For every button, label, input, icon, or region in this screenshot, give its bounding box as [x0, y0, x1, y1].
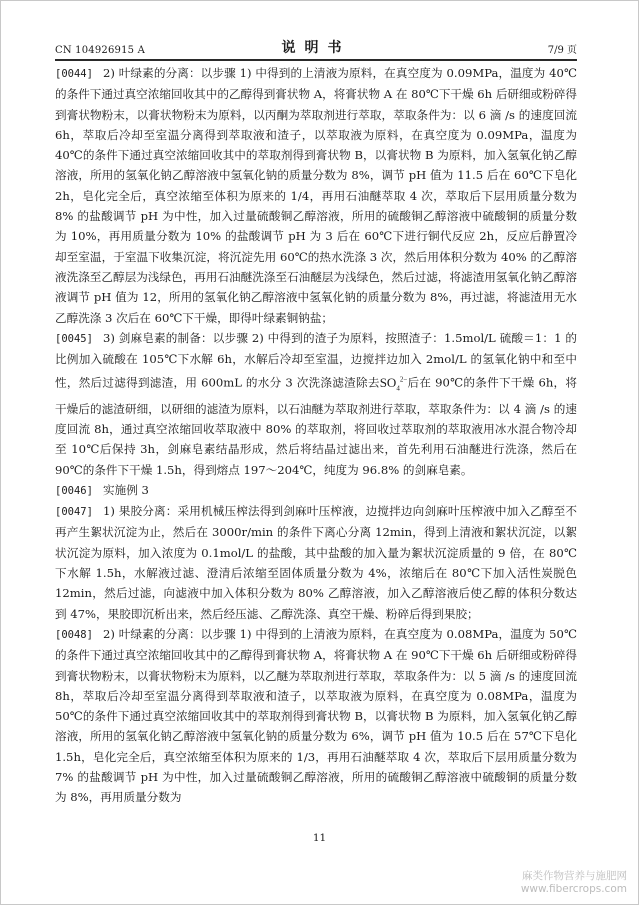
paragraph-text: 后在 90℃的条件下干燥 6h，将干燥后的滤渣研细，以研细的滤渣为原料，以石油醚…: [55, 376, 577, 477]
page-indicator: 7/9 页: [548, 41, 577, 56]
watermark-site-name: 麻类作物营养与施肥网: [521, 870, 627, 883]
paragraph-number: [0048]: [55, 625, 103, 645]
paragraph-0046: [0046]实施例 3: [55, 480, 577, 501]
paragraph-0047: [0047]1) 果胶分离：采用机械压榨法得到剑麻叶压榨液，边搅拌边向剑麻叶压榨…: [55, 501, 577, 624]
page-header: CN 104926915 A 说明书 7/9 页: [55, 38, 577, 58]
sulfate-formula: SO42−: [380, 375, 408, 390]
paragraph-0048: [0048]2) 叶绿素的分离：以步骤 1) 中得到的上清液为原料，在真空度为 …: [55, 624, 577, 808]
page-title: 说明书: [55, 37, 577, 57]
paragraph-number: [0046]: [55, 481, 103, 501]
paragraph-text: 2) 叶绿素的分离：以步骤 1) 中得到的上清液为原料，在真空度为 0.08MP…: [55, 627, 577, 804]
paragraph-text: 2) 叶绿素的分离：以步骤 1) 中得到的上清液为原料，在真空度为 0.09MP…: [55, 66, 577, 325]
paragraph-number: [0044]: [55, 64, 103, 84]
paragraph-text: 1) 果胶分离：采用机械压榨法得到剑麻叶压榨液，边搅拌边向剑麻叶压榨液中加入乙醇…: [55, 504, 577, 620]
watermark-url: www.fibercrops.com: [521, 883, 627, 896]
page-number: 11: [0, 832, 639, 844]
paragraph-number: [0047]: [55, 502, 103, 522]
header-rule: [55, 59, 577, 61]
paragraph-0044: [0044]2) 叶绿素的分离：以步骤 1) 中得到的上清液为原料，在真空度为 …: [55, 63, 577, 328]
watermark: 麻类作物营养与施肥网 www.fibercrops.com: [521, 870, 627, 896]
paragraph-0045: [0045]3) 剑麻皂素的制备：以步骤 2) 中得到的渣子为原料，按照渣子：1…: [55, 328, 577, 480]
section-heading: 实施例 3: [103, 483, 149, 497]
paragraph-number: [0045]: [55, 329, 103, 349]
document-body: [0044]2) 叶绿素的分离：以步骤 1) 中得到的上清液为原料，在真空度为 …: [55, 63, 577, 808]
